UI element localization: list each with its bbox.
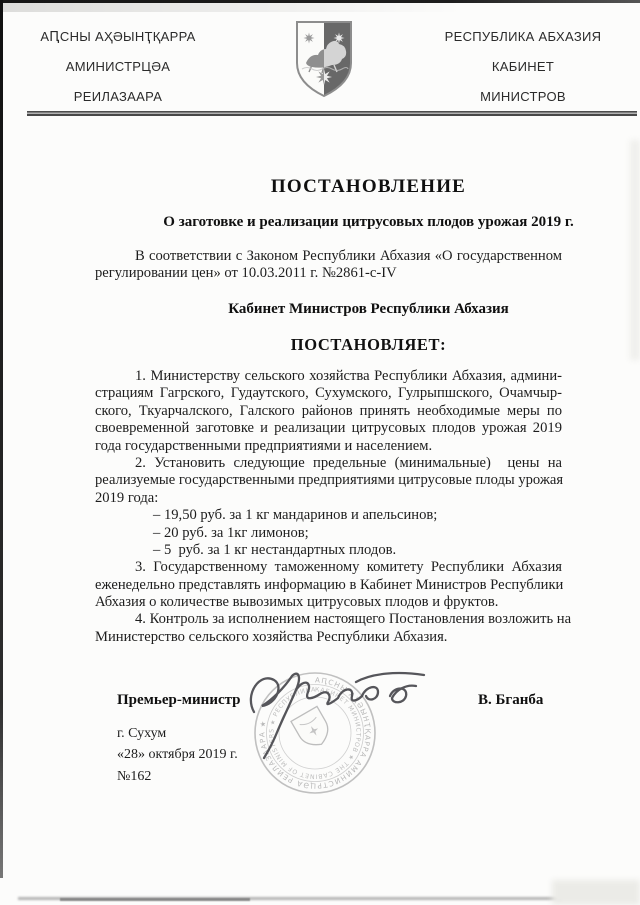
document-number: №162	[117, 769, 151, 785]
text-line: – 5 руб. за 1 кг нестандартных плодов.	[153, 542, 562, 559]
preamble-paragraph: В соответствии с Законом Республики Абха…	[95, 248, 562, 283]
issuing-authority: Кабинет Министров Республики Абхазия	[95, 301, 602, 318]
letterhead-russian: РЕСПУБЛИКА АБХАЗИЯКАБИНЕТМИНИСТРОВ	[438, 22, 608, 112]
text-line: Абхазия о количестве вывозимых цитрусовы…	[95, 594, 562, 611]
text-line: еженедельно представлять информацию в Ка…	[95, 577, 562, 594]
handwritten-signature	[238, 660, 443, 775]
text-line: 3. Государственному таможенному комитету…	[95, 559, 562, 576]
document-subject: О заготовке и реализации цитрусовых плод…	[95, 214, 602, 231]
text-line: 2. Установить следующие предельные (мини…	[95, 455, 562, 472]
text-line: реализуемые государственными предприятия…	[95, 472, 562, 489]
paragraph-3: 3. Государственному таможенному комитету…	[95, 559, 562, 611]
scan-artifact-left-edge	[0, 0, 3, 878]
letterhead-abkhaz: АԤСНЫ АҲӘЫНҬҚАРРААМИНИСТРЦӘАРЕИЛАЗААРА	[38, 22, 198, 112]
document-title: ПОСТАНОВЛЕНИЕ	[95, 176, 602, 198]
text-line: – 20 руб. за 1кг лимонов;	[153, 525, 562, 542]
text-line: страциям Гагрского, Гудаутского, Сухумск…	[95, 385, 562, 402]
signatory-name: В. Бганба	[478, 692, 543, 709]
scan-artifact-bottom-right-patch	[552, 880, 640, 905]
text-line: 4. Контроль за исполнением настоящего По…	[95, 611, 562, 628]
scanned-decree-page: АԤСНЫ АҲӘЫНҬҚАРРААМИНИСТРЦӘАРЕИЛАЗААРА Р…	[0, 0, 640, 905]
letterhead-divider-rule	[27, 111, 637, 116]
text-line: АМИНИСТРЦӘА	[38, 52, 198, 82]
price-list: – 19,50 руб. за 1 кг мандаринов и апельс…	[95, 507, 562, 559]
abkhazia-coat-of-arms-icon	[294, 19, 354, 99]
paragraph-4: 4. Контроль за исполнением настоящего По…	[95, 611, 562, 646]
text-line: Министерство сельского хозяйства Республ…	[95, 629, 562, 646]
text-line: регулировании цен» от 10.03.2011 г. №286…	[95, 265, 562, 282]
signatory-role: Премьер-министр	[117, 692, 241, 709]
text-line: года государственными предприятиями и на…	[95, 438, 562, 455]
paragraph-2: 2. Установить следующие предельные (мини…	[95, 455, 562, 507]
scan-artifact-top-shadow	[3, 3, 463, 12]
decree-body: 1. Министерству сельского хозяйства Респ…	[95, 368, 562, 646]
issue-date: «28» октября 2019 г.	[117, 747, 238, 763]
decree-word: ПОСТАНОВЛЯЕТ:	[95, 335, 602, 355]
text-line: АԤСНЫ АҲӘЫНҬҚАРРА	[38, 22, 198, 52]
text-line: РЕСПУБЛИКА АБХАЗИЯ	[438, 22, 608, 52]
text-line: 2019 года:	[95, 490, 562, 507]
text-line: ского, Ткуарчалского, Галского районов п…	[95, 403, 562, 420]
scan-artifact-bottom-smudge-dark	[60, 898, 250, 901]
text-line: – 19,50 руб. за 1 кг мандаринов и апельс…	[153, 507, 562, 524]
text-line: В соответствии с Законом Республики Абха…	[95, 248, 562, 265]
text-line: своевременной заготовке и реализации цит…	[95, 420, 562, 437]
text-line: РЕИЛАЗААРА	[38, 82, 198, 112]
scan-artifact-right-shadow	[630, 140, 640, 360]
text-line: 1. Министерству сельского хозяйства Респ…	[95, 368, 562, 385]
issue-city: г. Сухум	[117, 726, 166, 742]
text-line: МИНИСТРОВ	[438, 82, 608, 112]
text-line: КАБИНЕТ	[438, 52, 608, 82]
paragraph-1: 1. Министерству сельского хозяйства Респ…	[95, 368, 562, 455]
